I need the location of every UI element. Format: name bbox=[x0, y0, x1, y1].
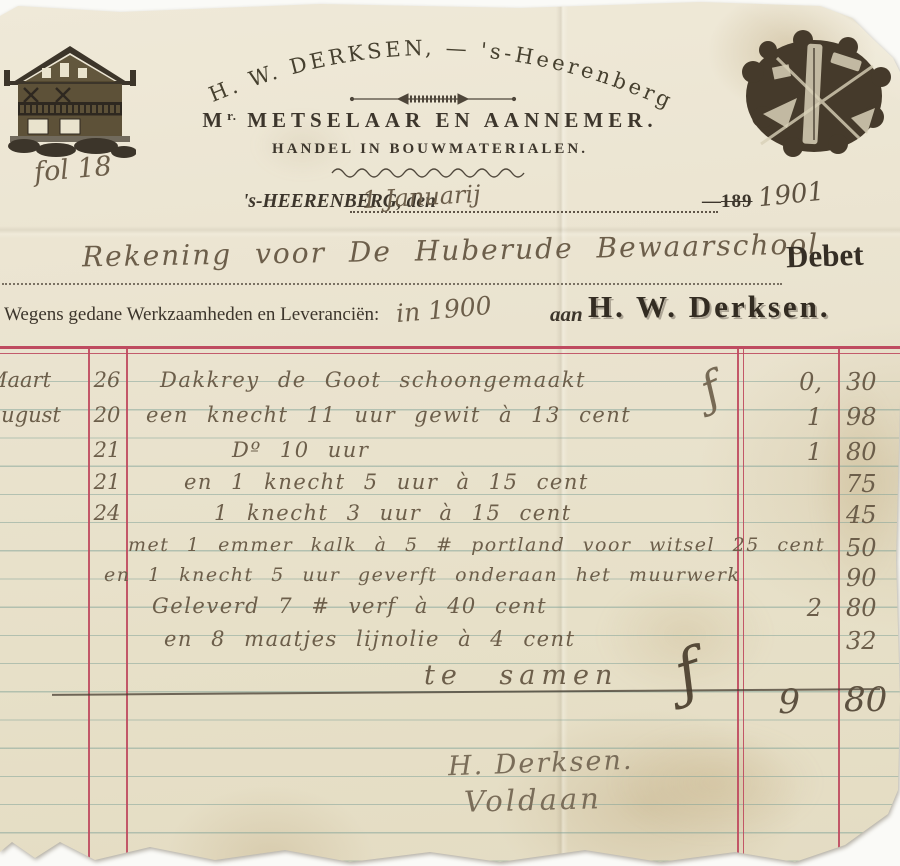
ledger-row: Geleverd 7 # verf à 40 cent 2 80 bbox=[0, 594, 900, 628]
entry-guilders: 2 bbox=[700, 594, 822, 622]
entry-description: 1 knecht 3 uur à 15 cent bbox=[214, 501, 572, 525]
ledger-row: August 20 een knecht 11 uur gewit à 13 c… bbox=[0, 403, 900, 437]
year-dash: — bbox=[702, 191, 721, 212]
ledger-row: en 8 maatjes lijnolie à 4 cent 32 bbox=[0, 627, 900, 661]
house-illustration bbox=[4, 40, 136, 162]
entry-description: en 1 knecht 5 uur à 15 cent bbox=[184, 470, 589, 494]
debet-label: Debet bbox=[785, 237, 864, 276]
entry-cents: 32 bbox=[846, 627, 900, 655]
signature-name: H. Derksen. bbox=[448, 745, 634, 782]
entry-day: 21 bbox=[88, 470, 126, 494]
entry-description: een knecht 11 uur gewit à 13 cent bbox=[146, 403, 631, 427]
printed-year: —189 bbox=[702, 191, 753, 213]
ledger-row: 21 en 1 knecht 5 uur à 15 cent 75 bbox=[0, 470, 900, 504]
profession-prefix: M bbox=[202, 108, 227, 132]
trade-line: HANDEL IN BOUWMATERIALEN. bbox=[150, 141, 710, 158]
profession-title: METSELAAR EN AANNEMER. bbox=[247, 108, 657, 132]
profession-prefix-sup: r. bbox=[227, 108, 237, 123]
reference-period: in 1900 bbox=[395, 291, 493, 328]
entry-cents: 90 bbox=[846, 564, 900, 592]
entry-cents: 50 bbox=[846, 534, 900, 562]
handwritten-date: 1 Januarij bbox=[361, 180, 481, 214]
entry-day: 24 bbox=[88, 501, 126, 525]
tools-emblem bbox=[733, 22, 895, 170]
entry-cents: 45 bbox=[846, 501, 900, 529]
invoice-paper: H. W. DERKSEN, — 's-Heerenberg. Mr. METS… bbox=[0, 0, 900, 866]
entry-cents: 30 bbox=[846, 368, 900, 396]
entry-cents: 98 bbox=[846, 403, 900, 431]
entry-cents: 75 bbox=[846, 470, 900, 498]
entry-cents: 80 bbox=[846, 594, 900, 622]
total-cents: 80 bbox=[844, 680, 887, 720]
table-head-rule bbox=[0, 346, 900, 349]
entry-guilders: 1 bbox=[700, 438, 822, 466]
folio-note: fol 18 bbox=[33, 151, 113, 189]
struck-year: 189 bbox=[721, 191, 753, 212]
addressee-dotted-line bbox=[2, 283, 782, 285]
total-guilders: 9 bbox=[700, 682, 800, 722]
reference-printed-text: Wegens gedane Werkzaamheden en Leveranci… bbox=[4, 304, 379, 326]
wavy-rule-icon bbox=[330, 164, 530, 180]
addressee-handwriting: Rekening voor De Huberude Bewaarschool bbox=[82, 228, 820, 274]
ledger-row: 24 1 knecht 3 uur à 15 cent 45 bbox=[0, 501, 900, 535]
ledger-row: 21 Dº 10 uur 1 80 bbox=[0, 438, 900, 472]
entry-cents: 80 bbox=[846, 438, 900, 466]
entry-month: Maart bbox=[0, 368, 96, 392]
entry-description: en 1 knecht 5 uur geverft onderaan het m… bbox=[104, 564, 741, 586]
table-head-rule-thin bbox=[0, 353, 900, 354]
scanned-invoice: H. W. DERKSEN, — 's-Heerenberg. Mr. METS… bbox=[0, 0, 900, 866]
ornament-divider-icon bbox=[348, 90, 518, 108]
ledger-row: en 1 knecht 5 uur geverft onderaan het m… bbox=[0, 564, 900, 598]
ledger-row: Maart 26 Dakkrey de Goot schoongemaakt 0… bbox=[0, 368, 900, 402]
entry-description: Geleverd 7 # verf à 40 cent bbox=[152, 594, 547, 618]
handwritten-year: 1901 bbox=[757, 177, 826, 214]
paid-status: Voldaan bbox=[464, 781, 603, 819]
entry-description: en 8 maatjes lijnolie à 4 cent bbox=[164, 627, 575, 651]
aan-label: aan bbox=[550, 302, 583, 327]
entry-day: 21 bbox=[88, 438, 126, 462]
entry-month: August bbox=[0, 403, 96, 427]
entry-day: 20 bbox=[88, 403, 126, 427]
payee-name: H. W. Derksen. bbox=[588, 289, 831, 325]
ledger-row: met 1 emmer kalk à 5 # portland voor wit… bbox=[0, 534, 900, 568]
entry-day: 26 bbox=[88, 368, 126, 392]
entry-description: Dº 10 uur bbox=[232, 438, 369, 462]
entry-description: Dakkrey de Goot schoongemaakt bbox=[160, 368, 586, 392]
total-label: te samen bbox=[424, 660, 618, 691]
profession-line: Mr. METSELAAR EN AANNEMER. bbox=[150, 108, 710, 133]
entry-description: met 1 emmer kalk à 5 # portland voor wit… bbox=[128, 534, 825, 556]
